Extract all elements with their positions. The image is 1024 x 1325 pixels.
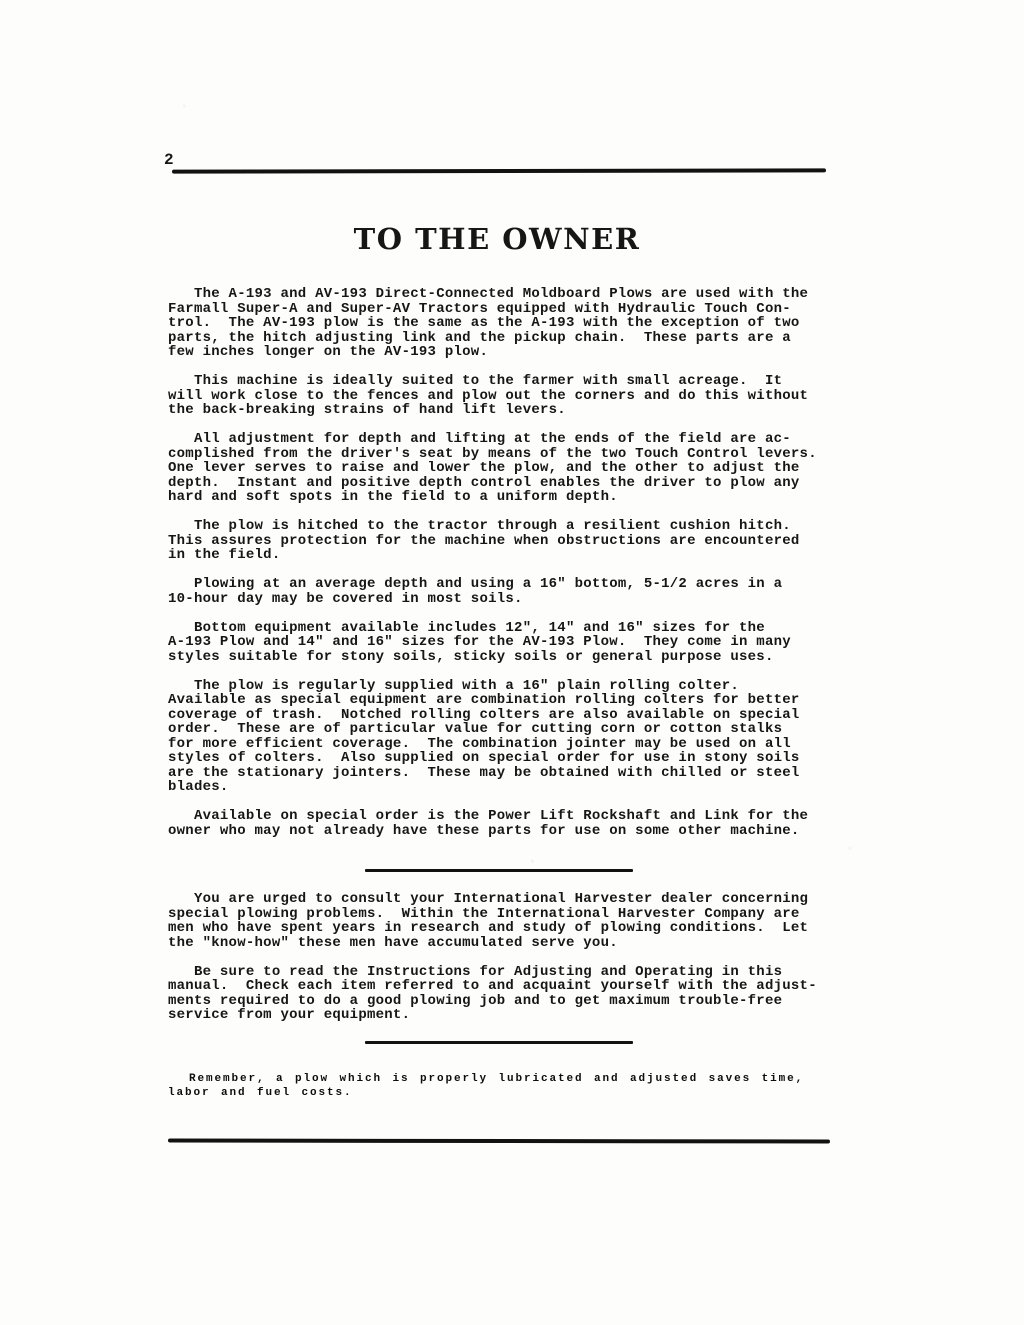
section-divider-upper <box>365 869 633 872</box>
paragraph-plow-models: The A-193 and AV-193 Direct-Connected Mo… <box>168 287 830 360</box>
page-title: TO THE OWNER <box>168 222 826 256</box>
footer-rule <box>168 1138 830 1143</box>
paragraph-colters: The plow is regularly supplied with a 16… <box>168 679 830 795</box>
header-rule <box>172 168 826 173</box>
section-divider-lower <box>365 1041 633 1044</box>
lubrication-note: Remember, a plow which is properly lubri… <box>168 1072 830 1100</box>
page-body: The A-193 and AV-193 Direct-Connected Mo… <box>168 287 830 1143</box>
manual-page: 2 TO THE OWNER The A-193 and AV-193 Dire… <box>0 0 1024 1325</box>
paragraph-plowing-rate: Plowing at an average depth and using a … <box>168 577 830 606</box>
paragraph-touch-control: All adjustment for depth and lifting at … <box>168 432 830 505</box>
paragraph-instructions: Be sure to read the Instructions for Adj… <box>168 965 830 1023</box>
paragraph-small-acreage: This machine is ideally suited to the fa… <box>168 374 830 418</box>
paragraph-dealer: You are urged to consult your Internatio… <box>168 892 830 950</box>
paragraph-bottom-equipment: Bottom equipment available includes 12",… <box>168 621 830 665</box>
paragraph-cushion-hitch: The plow is hitched to the tractor throu… <box>168 519 830 563</box>
page-number: 2 <box>164 152 174 168</box>
paragraph-rockshaft: Available on special order is the Power … <box>168 809 830 838</box>
